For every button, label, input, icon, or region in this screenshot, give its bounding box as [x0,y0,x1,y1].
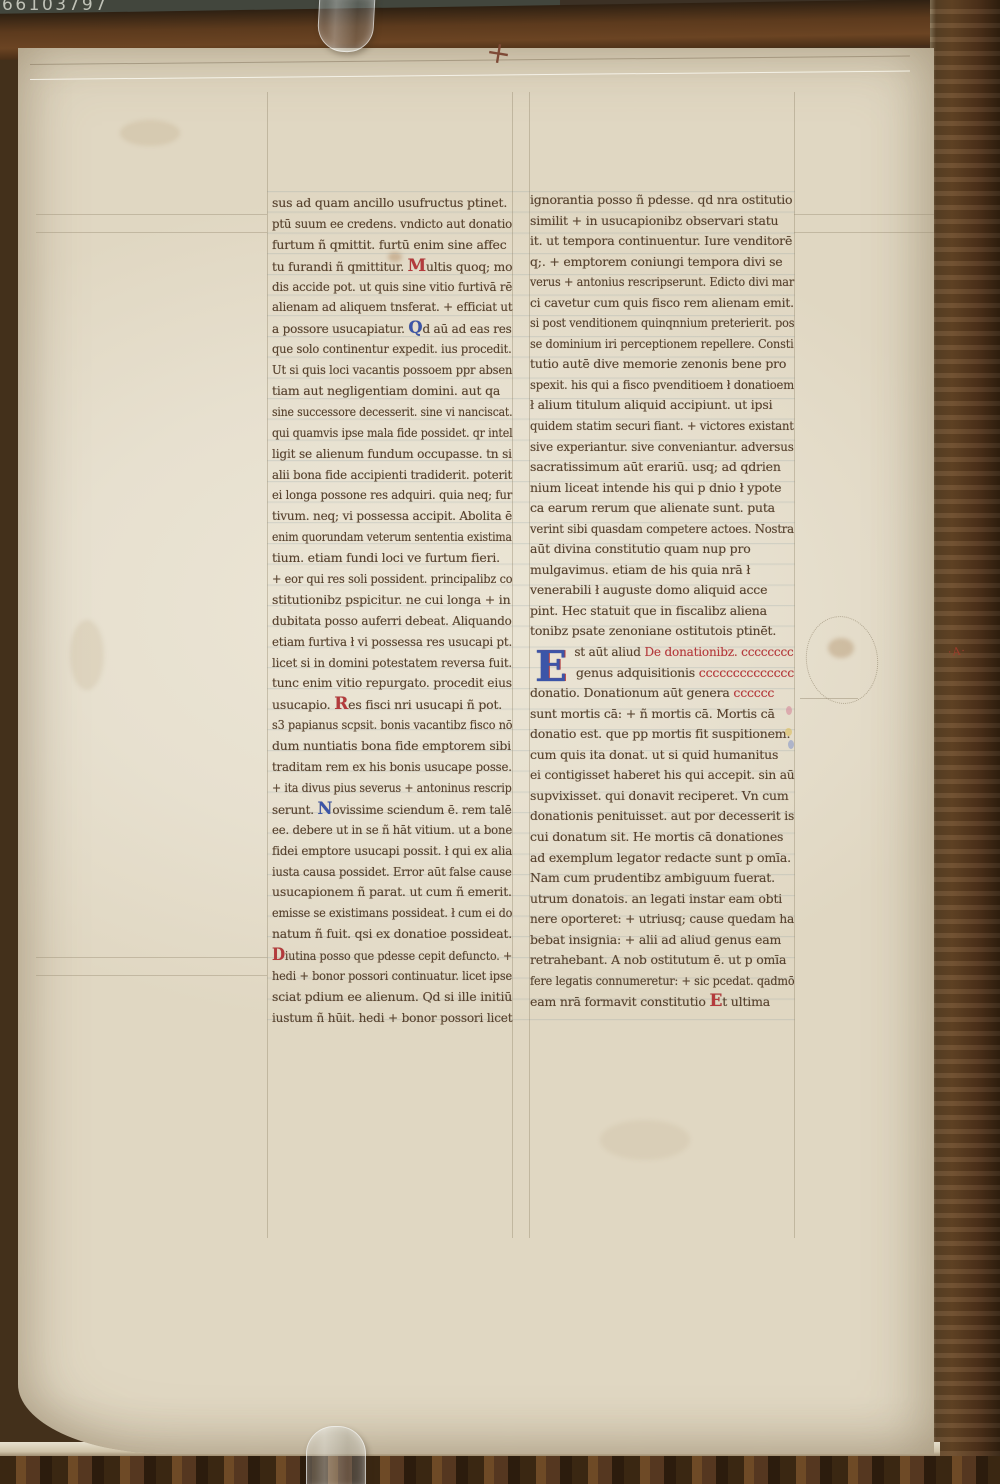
text-line: cum quis ita donat. ut si quid humanitus [530,745,794,766]
text-line: pint. Hec statuit que in fiscalibz alien… [530,601,794,622]
text-run: fere legatis connumeretur: + sic pcedat.… [530,973,794,988]
text-line: enim quorundam veterum sententia existim… [272,527,480,548]
text-line: sunt mortis cā: + ñ mortis cā. Mortis cā [530,704,794,725]
text-run: iustum ñ hūit. hedi + bonor possori lice… [272,1010,512,1025]
text-line: tu furandi ñ qmittitur. Multis quoq; mo [272,256,508,277]
text-line: licet si in domini potestatem reversa fu… [272,653,500,674]
text-line: tiam aut negligentiam domini. aut qa [272,381,512,402]
text-line: etiam furtiva ł vi possessa res usucapi … [272,632,499,653]
text-run: hedi + bonor possori continuatur. licet … [272,968,512,983]
text-line: aūt divina constitutio quam nup pro [530,539,794,560]
text-run: quidem statim securi fiant. + victores e… [530,418,794,433]
text-run: sine successore decesserit. sine vi nanc… [272,404,512,419]
text-line: s3 papianus scpsit. bonis vacantibz fisc… [272,715,488,736]
margin-guide-line [36,975,267,976]
illuminated-initial-E: E [528,645,574,689]
text-line: it. ut tempora continuentur. Iure vendit… [530,231,794,252]
parchment-stain [120,120,180,146]
text-line: dis accide pot. ut quis sine vitio furti… [272,277,498,298]
text-run: ligit se alienum fundum occupasse. tn si [272,446,512,461]
text-run: aūt divina constitutio quam nup pro [530,541,751,556]
margin-guide-line [36,232,267,233]
text-line: ligit se alienum fundum occupasse. tn si [272,444,505,465]
text-run: donatio est. que pp mortis fit suspition… [530,726,790,741]
text-line: stitutionibz pspicitur. ne cui longa + i… [272,590,512,611]
text-line: nere oporteret: + utriusq; cause quedam … [530,909,787,930]
text-run: mulgavimus. etiam de his quia nrā ł [530,562,750,577]
text-run: ultis quoq; mo [426,259,512,274]
text-line: Nam cum prudentibz ambiguum fuerat. [530,868,794,889]
text-run: si post venditionem quinqnnium preterier… [530,315,794,330]
text-run: furtum ñ qmittit. furtū enim sine affec [272,237,507,252]
text-line: donationis penituisset. aut por decesser… [530,806,790,827]
text-run: spexit. his qui a fisco pvenditioem ł do… [530,377,794,392]
text-run: venerabili ł auguste domo aliquid acce [530,582,767,597]
text-line: ad exemplum legator redacte sunt p omīa. [530,848,794,869]
text-line: a possore usucapiatur. Qd aū ad eas res [272,318,502,339]
text-run: similit + in usucapionibz observari stat… [530,213,778,228]
text-run: stitutionibz pspicitur. ne cui longa + i… [272,592,510,607]
text-line: ei contigisset haberet his qui accepit. … [530,765,788,786]
text-run: ei longa possone res adquiri. quia neq; … [272,487,512,502]
rubric-text: cccccccccccccc [699,665,794,680]
margin-smudge [828,638,854,658]
text-line: + ita divus pius severus + antoninus res… [272,778,483,799]
text-run: ei contigisset haberet his qui accepit. … [530,767,794,782]
text-run: nium liceat intende his qui p dnio ł ypo… [530,480,781,495]
margin-guide-line [36,214,267,215]
rubric-text: De donationibz. cccccccc [644,644,793,659]
leather-cover-right [930,0,1000,1484]
text-line: donatio est. que pp mortis fit suspition… [530,724,794,745]
text-line: ee. debere ut in se ñ hāt vitium. ut a b… [272,820,496,841]
text-run: iutina posso que pdesse cepit defuncto. … [285,948,512,963]
text-line: sciat pdium ee alienum. Qd si ille initi… [272,987,512,1008]
text-run: tonibz psate zenoniane ostitutois ptinēt… [530,623,776,638]
text-line: usucapionem ñ parat. ut cum ñ emerit. [272,882,512,903]
text-run: st aūt aliud [574,644,644,659]
text-line: similit + in usucapionibz observari stat… [530,211,794,232]
text-run: genus adquisitionis [576,665,699,680]
text-line: ei longa possone res adquiri. quia neq; … [272,485,494,506]
margin-note-label: ·A· [947,644,966,659]
text-column-right: ignorantia posso ñ pdesse. qd nra ostitu… [530,190,794,1012]
text-run: tium. etiam fundi loci ve furtum fieri. [272,550,500,565]
text-run: alii bona fide accipienti tradiderit. po… [272,467,512,482]
text-line: bebat insignia: + alii ad aliud genus ea… [530,930,794,951]
text-line: sus ad quam ancillo usufructus ptinet. [272,193,512,214]
text-run: alienam ad aliquem tnsferat. + efficiat … [272,299,512,314]
text-run: verus + antonius rescripserunt. Edicto d… [530,274,794,289]
text-line: sacratissimum aūt erariū. usq; ad qdrien [530,457,794,478]
text-line: que solo continentur expedit. ius proced… [272,339,493,360]
text-line: serunt. Novissime sciendum ē. rem talē [272,799,503,820]
text-run: retrahebant. A nob ostitutum ē. ut p omī… [530,952,786,967]
text-run: pint. Hec statuit que in fiscalibz alien… [530,603,767,618]
initial-letter: R [334,694,348,714]
text-line: quidem statim securi fiant. + victores e… [530,416,775,437]
text-line: si post venditionem quinqnnium preterier… [530,313,767,334]
text-run: fidei emptore usucapi possit. ł qui ex a… [272,843,512,858]
text-run: que solo continentur expedit. ius proced… [272,341,512,356]
text-run: se dominium iri perceptionem repellere. … [530,336,794,351]
text-run: t ultima [722,994,770,1009]
text-run: ignorantia posso ñ pdesse. qd nra ostitu… [530,192,792,207]
parchment-stain [70,620,104,690]
text-line: + eor qui res soli possident. principali… [272,569,489,590]
text-line: alii bona fide accipienti tradiderit. po… [272,465,498,486]
text-run: utrum donatois. an legati instar eam obt… [530,891,782,906]
text-run: ovissime sciendum ē. rem talē [332,802,511,817]
text-line: verint sibi quasdam competere actoes. No… [530,519,775,540]
text-run: verint sibi quasdam competere actoes. No… [530,521,794,536]
text-run: etiam furtiva ł vi possessa res usucapi … [272,634,512,649]
text-line: dum nuntiatis bona fide emptorem sibi [272,736,512,757]
text-line: Diutina posso que pdesse cepit defuncto.… [272,945,485,966]
text-line: mulgavimus. etiam de his quia nrā ł [530,560,794,581]
text-run: + eor qui res soli possident. principali… [272,571,512,586]
text-line: tonibz psate zenoniane ostitutois ptinēt… [530,621,794,642]
text-line: tivum. neq; vi possessa accipit. Abolita… [272,506,503,527]
text-line: cui donatum sit. He mortis cā donationes [530,827,794,848]
text-run: eam nrā formavit constitutio [530,994,709,1009]
text-run: tunc enim vitio repurgato. procedit eius [272,675,512,690]
margin-guide-line [36,957,267,958]
leather-cover-bottom [0,1456,1000,1484]
text-run: tivum. neq; vi possessa accipit. Abolita… [272,508,512,523]
text-line: qui quamvis ipse mala fide possidet. qr … [272,423,485,444]
text-line: retrahebant. A nob ostitutum ē. ut p omī… [530,950,794,971]
text-line: fere legatis connumeretur: + sic pcedat.… [530,971,767,992]
column-rule-line [267,92,268,1238]
text-run: ad exemplum legator redacte sunt p omīa. [530,850,791,865]
text-run: Nam cum prudentibz ambiguum fuerat. [530,870,775,885]
text-line: traditam rem ex his bonis usucape posse. [272,757,498,778]
text-run: iusta causa possidet. Error aūt false ca… [272,864,512,879]
text-run: nere oporteret: + utriusq; cause quedam … [530,911,794,926]
text-run: s3 papianus scpsit. bonis vacantibz fisc… [272,717,512,732]
text-run: sus ad quam ancillo usufructus ptinet. [272,195,507,210]
text-run: cui donatum sit. He mortis cā donationes [530,829,783,844]
pigment-trace [785,728,792,736]
text-run: usucapionem ñ parat. ut cum ñ emerit. [272,884,512,899]
text-column-left: sus ad quam ancillo usufructus ptinet.pt… [272,193,512,1029]
text-run: ci cavetur cum quis fisco rem alienam em… [530,295,794,310]
initial-letter: Q [408,318,422,338]
text-run: dubitata posso auferri debeat. Aliquando [272,613,512,628]
text-run: emisse se existimans possideat. ł cum ei… [272,905,512,920]
text-run: donationis penituisset. aut por decesser… [530,808,794,823]
text-line: furtum ñ qmittit. furtū enim sine affec [272,235,512,256]
text-run: ee. debere ut in se ñ hāt vitium. ut a b… [272,822,512,837]
text-run: qui quamvis ipse mala fide possidet. qr … [272,425,512,440]
text-run: q;. + emptorem coniungi tempora divi se [530,254,783,269]
pigment-trace [788,740,794,749]
pigment-trace [786,706,792,715]
text-line: tium. etiam fundi loci ve furtum fieri. [272,548,512,569]
initial-letter: E [709,991,722,1011]
text-line: iusta causa possidet. Error aūt false ca… [272,862,493,883]
text-line: nium liceat intende his qui p dnio ł ypo… [530,478,794,499]
text-line: tutio autē dive memorie zenonis bene pro [530,354,794,375]
text-line: utrum donatois. an legati instar eam obt… [530,889,794,910]
text-line: q;. + emptorem coniungi tempora divi se [530,252,794,273]
text-line: tunc enim vitio repurgato. procedit eius [272,673,507,694]
text-run: natum ñ fuit. qsi ex donatioe possideat. [272,926,512,941]
text-run: traditam rem ex his bonis usucape posse. [272,759,512,774]
text-line: hedi + bonor possori continuatur. licet … [272,966,489,987]
text-line: ł alium titulum aliquid accipiunt. ut ip… [530,395,794,416]
text-run: tutio autē dive memorie zenonis bene pro [530,356,786,371]
text-line: eam nrā formavit constitutio Et ultima [530,991,794,1012]
text-run: dum nuntiatis bona fide emptorem sibi [272,738,511,753]
initial-letter: N [318,799,333,819]
text-run: Ut si quis loci vacantis possoem ppr abs… [272,362,512,377]
text-line: usucapio. Res fisci nri usucapi ñ pot. [272,694,512,715]
margin-annotation-line [800,698,858,699]
text-run: ł alium titulum aliquid accipiunt. ut ip… [530,397,772,412]
margin-guide-line [794,232,934,233]
text-run: es fisci nri usucapi ñ pot. [348,697,502,712]
text-line: natum ñ fuit. qsi ex donatioe possideat. [272,924,510,945]
parchment-stain [600,1120,690,1160]
text-line: emisse se existimans possideat. ł cum ei… [272,903,489,924]
text-run: dis accide pot. ut quis sine vitio furti… [272,279,512,294]
text-run: serunt. [272,802,318,817]
text-line: sine successore decesserit. sine vi nanc… [272,402,481,423]
rubric-text: cccccc [733,685,774,700]
text-run: it. ut tempora continuentur. Iure vendit… [530,233,792,248]
page-clamp-bottom [306,1426,366,1484]
text-line: dubitata posso auferri debeat. Aliquando [272,611,501,632]
text-run: ptū suum ee credens. vndicto aut donatio [272,216,512,231]
text-run: usucapio. [272,697,334,712]
text-line: ignorantia posso ñ pdesse. qd nra ostitu… [530,190,794,211]
text-run: tu furandi ñ qmittitur. [272,259,408,274]
text-line: alienam ad aliquem tnsferat. + efficiat … [272,297,500,318]
text-line: fidei emptore usucapi possit. ł qui ex a… [272,841,501,862]
text-line: iustum ñ hūit. hedi + bonor possori lice… [272,1008,504,1029]
text-line: ci cavetur cum quis fisco rem alienam em… [530,293,789,314]
text-run: cum quis ita donat. ut si quid humanitus [530,747,778,762]
text-run: bebat insignia: + alii ad aliud genus ea… [530,932,781,947]
text-run: sive experiantur. sive conveniantur. adv… [530,439,794,454]
text-run: ca earum rerum que alienate sunt. puta [530,500,775,515]
text-run: a possore usucapiatur. [272,321,408,336]
initial-letter: D [272,945,285,965]
text-line: sive experiantur. sive conveniantur. adv… [530,437,782,458]
text-line: venerabili ł auguste domo aliquid acce [530,580,794,601]
text-line: verus + antonius rescripserunt. Edicto d… [530,272,768,293]
text-run: d aū ad eas res [422,321,511,336]
text-line: Ut si quis loci vacantis possoem ppr abs… [272,360,493,381]
text-line: spexit. his qui a fisco pvenditioem ł do… [530,375,775,396]
text-line: se dominium iri perceptionem repellere. … [530,334,769,355]
text-line: ca earum rerum que alienate sunt. puta [530,498,794,519]
text-run: + ita divus pius severus + antoninus res… [272,780,512,795]
text-run: supvixisset. qui donavit reciperet. Vn c… [530,788,789,803]
text-run: enim quorundam veterum sententia existim… [272,529,512,544]
text-line: ptū suum ee credens. vndicto aut donatio [272,214,498,235]
text-run: sciat pdium ee alienum. Qd si ille initi… [272,989,512,1004]
text-run: sacratissimum aūt erariū. usq; ad qdrien [530,459,781,474]
margin-guide-line [794,214,934,215]
text-run: tiam aut negligentiam domini. aut qa [272,383,500,398]
text-run: sunt mortis cā: + ñ mortis cā. Mortis cā [530,706,775,721]
text-run: licet si in domini potestatem reversa fu… [272,655,512,670]
column-rule-line [794,92,795,1238]
initial-letter: M [408,256,426,276]
text-line: supvixisset. qui donavit reciperet. Vn c… [530,786,794,807]
